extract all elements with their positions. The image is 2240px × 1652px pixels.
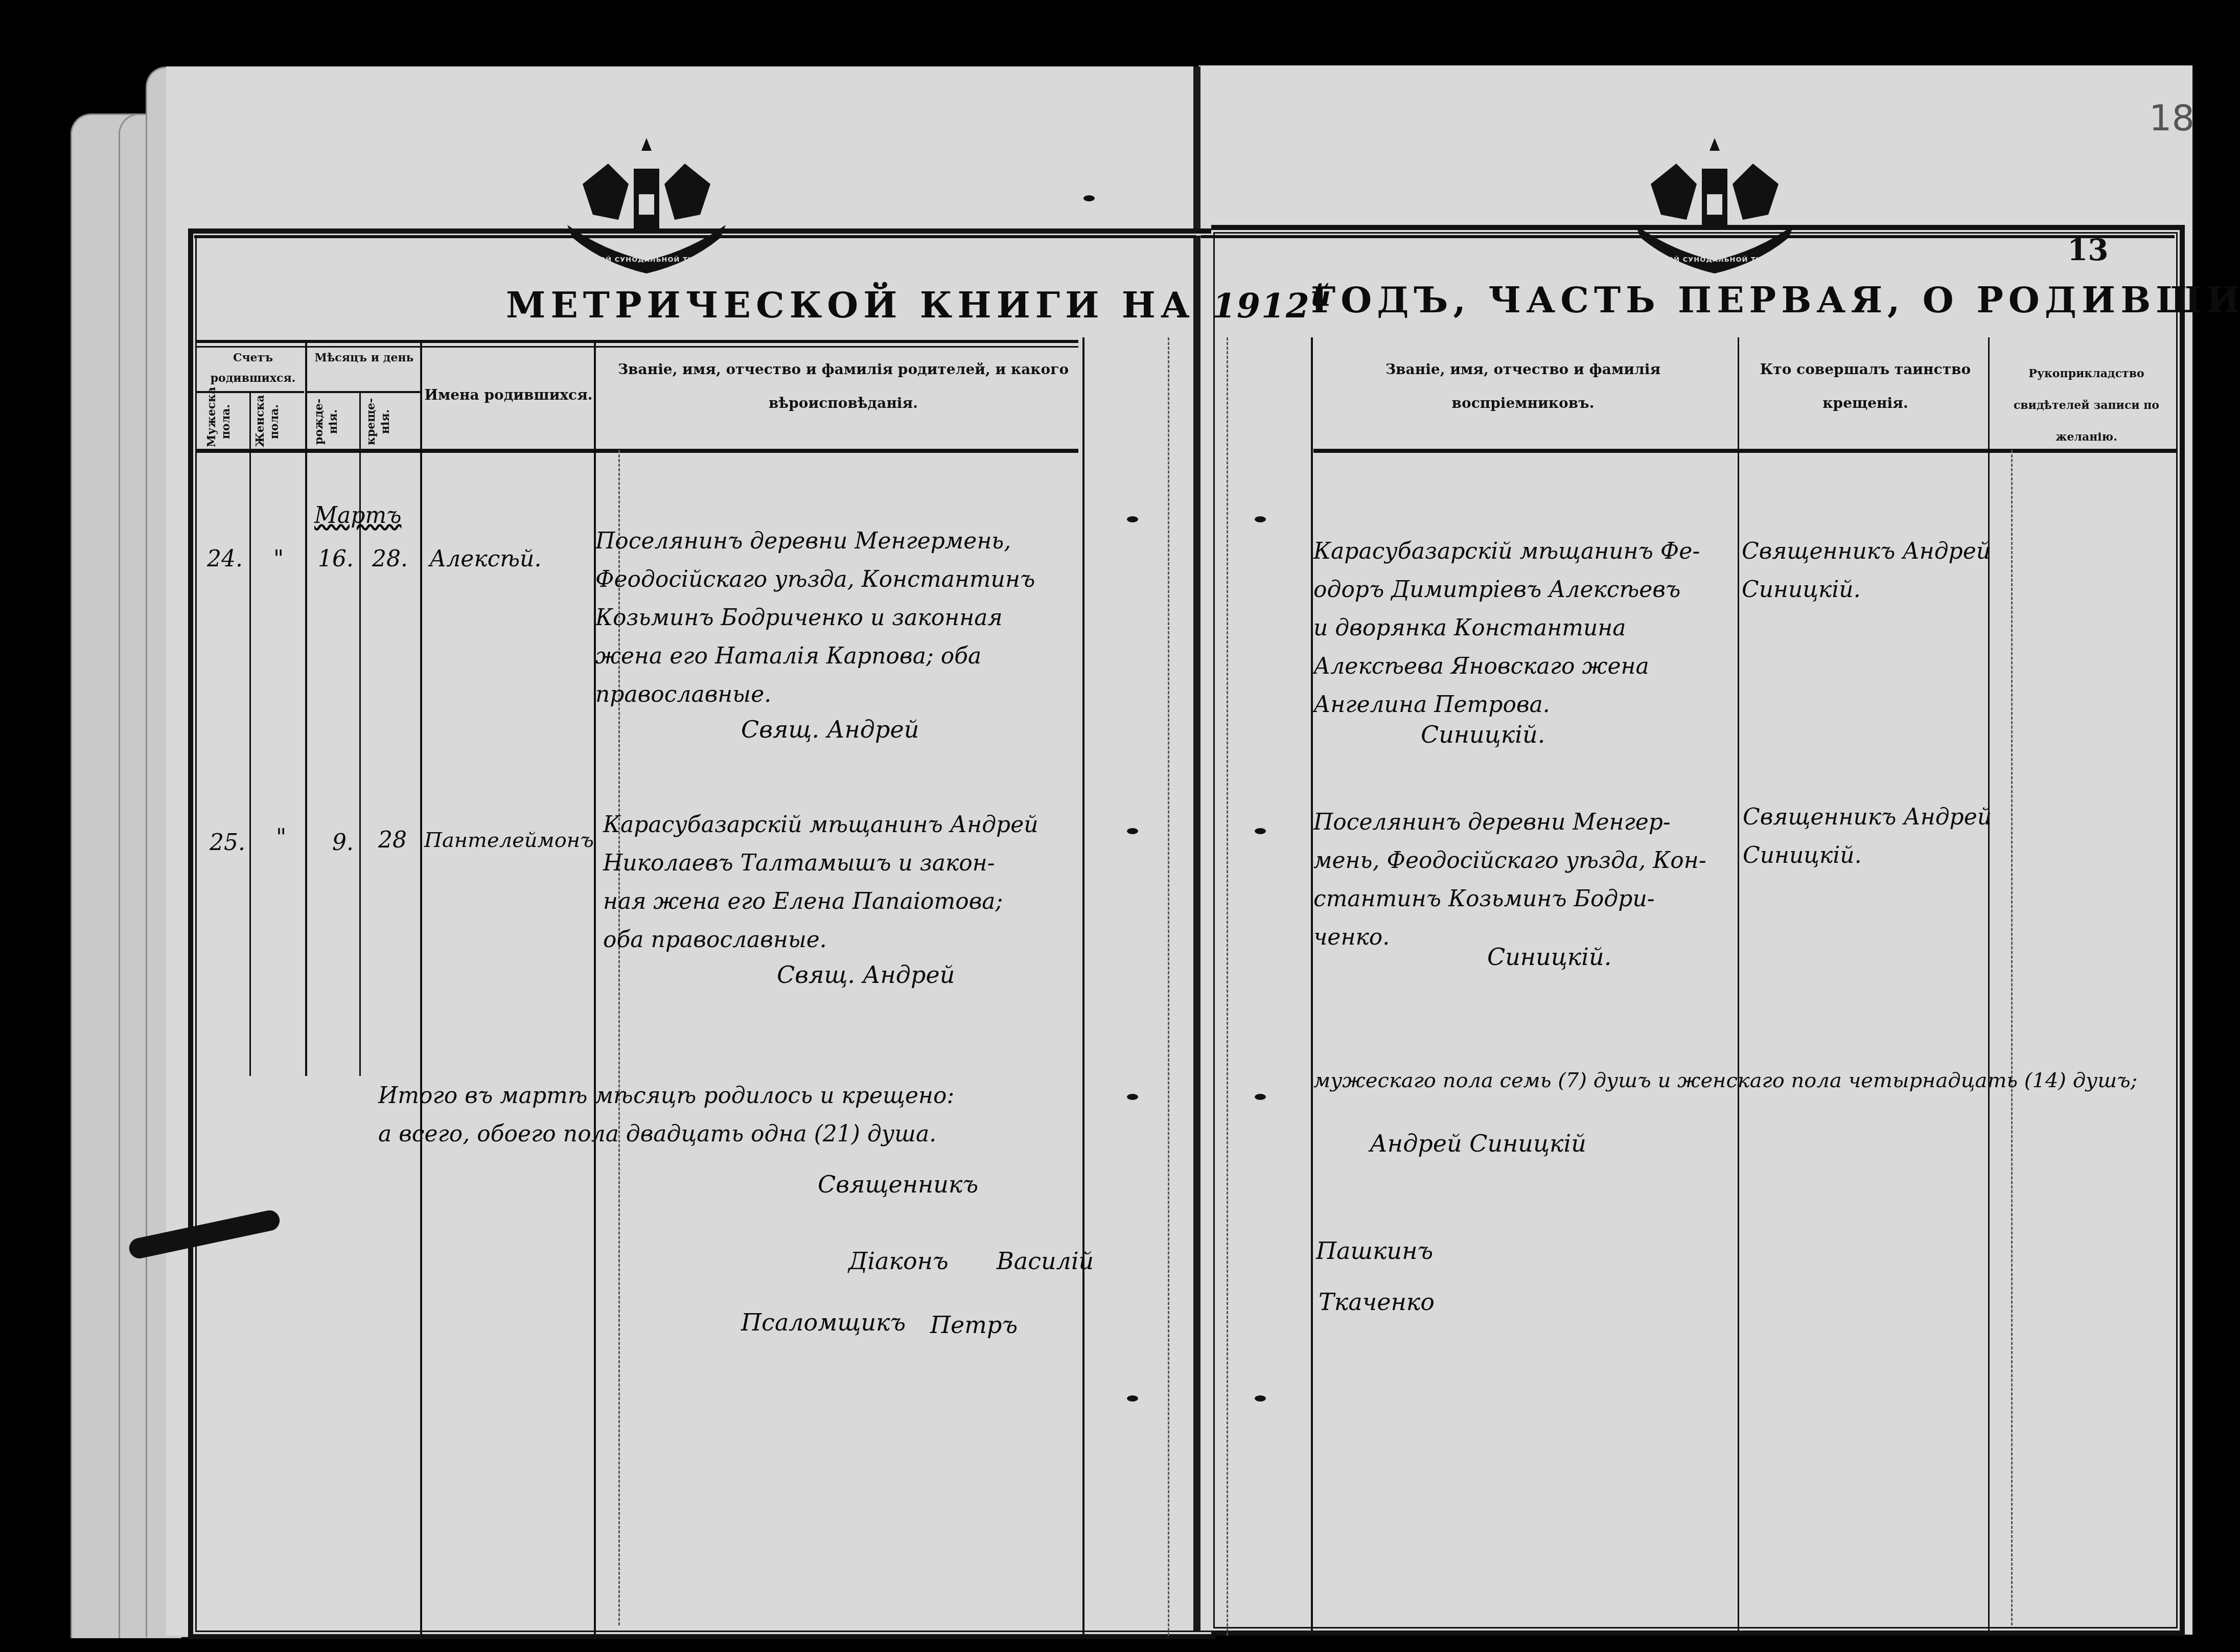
priest-name-signature: Андрей Синицкій [1370,1130,1586,1157]
col-line-1 [249,391,251,1076]
entry-parents-line: православные. [595,677,771,712]
header-count-male: Мужеска пола. [204,396,245,447]
entry-parents-line: ная жена его Елена Папаіотова; [603,884,1003,919]
entry-officiant-line: Синицкій. [1743,838,1862,873]
entry-female-no: " [276,820,286,855]
entry-godparents-line: Ангелина Петрова. [1313,687,1550,722]
top-rule-right [1201,235,2175,238]
svg-text:МОСКОВСКОЙ СУНОДАЛЬНОЙ ТИПОГРА: МОСКОВСКОЙ СУНОДАЛЬНОЙ ТИПОГРАФІИ. [1630,256,1799,264]
header-officiant: Кто совершалъ таинство крещенія. [1748,353,1983,420]
title-left: МЕТРИЧЕСКОЙ КНИГИ НА 1912й [506,279,1332,326]
entry-parents-line: оба православные. [603,923,827,957]
entry-baptism-day: 28. [372,542,408,577]
entry-female-no: " [273,542,284,577]
godparents-signature: Синицкій. [1487,943,1611,971]
psalmist-surname-signature: Ткаченко [1319,1288,1435,1316]
entry-parents-line: Козьминъ Бодриченко и законная [595,601,1003,635]
header-sub-rule-date [307,391,422,393]
entry-parents-line: Феодосійскаго уѣзда, Константинъ [595,562,1035,597]
entry-officiant-line: Синицкій. [1742,572,1861,607]
entry-godparents-line: одоръ Димитріевъ Алексѣевъ [1313,572,1680,607]
entry-male-no: 24. [207,542,243,577]
entry-parents-line: Николаевъ Талтамышъ и закон- [603,846,995,881]
entry-baptism-day: 28 [378,823,407,858]
entry-godparents-line: стантинъ Козьминъ Бодри- [1313,882,1655,916]
priest-title-signature: Священникъ [818,1171,978,1198]
header-count-group: Счетъ родившихся. [202,348,304,388]
header-bottom-rule-left [197,449,1078,453]
entry-godparents-line: мень, Феодосійскаго уѣзда, Кон- [1313,843,1706,878]
col-line-3 [359,391,361,1076]
title-right: ГОДЪ, ЧАСТЬ ПЕРВАЯ, О РОДИВШИХСЯ. [1311,279,2240,321]
deacon-name-signature: Василій [997,1247,1094,1275]
entry-godparents-line: Алексѣева Яновскаго жена [1313,649,1649,684]
priest-signature: Свящ. Андрей [777,961,955,989]
header-names: Имена родившихся. [424,378,593,412]
deacon-surname-signature: Пашкинъ [1316,1237,1433,1265]
col-line-9 [1988,337,1990,1636]
summary-right-line: мужескаго пола семь (7) душъ и женскаго … [1313,1063,2137,1098]
header-parents: Званіе, имя, отчество и фамилія родителе… [606,353,1081,420]
imperial-eagle-crest-right: МОСКОВСКОЙ СУНОДАЛЬНОЙ ТИПОГРАФІИ. [1630,128,1799,276]
entry-godparents-line: ченко. [1313,920,1390,955]
entry-godparents-line: и дворянка Константина [1313,611,1626,646]
entry-child-name: Пантелеймонъ [424,823,594,858]
deacon-title-signature: Діаконъ [848,1247,949,1275]
imperial-eagle-crest-left: МОСКОВСКОЙ СУНОДАЛЬНОЙ ТИПОГРАФІИ. [562,128,731,276]
binding-hole [1127,1094,1138,1100]
top-rule-left [194,235,1196,238]
header-witness: Рукоприкладство свидѣтелей записи по жел… [1993,358,2180,453]
header-date-group: Мѣсяцъ и день [309,348,419,368]
col-line-4 [420,340,422,1638]
header-date-birth: рожде-нія. [312,396,355,447]
summary-line-2: а всего, обоего пола двадцать одна (21) … [378,1117,936,1152]
header-godparents: Званіе, имя, отчество и фамилія воспріем… [1339,353,1707,420]
printed-page-number: 13 [2067,233,2109,267]
binding-hole [1127,1395,1138,1402]
binding-hole [1255,828,1266,834]
binding-hole [1255,1395,1266,1402]
godparents-signature: Синицкій. [1421,721,1545,748]
pencil-folio-number: 18 [2149,97,2195,139]
entry-godparents-line: Карасубазарскій мѣщанинъ Фе- [1313,534,1700,569]
col-line-7 [1311,337,1313,1636]
binding-hole [1083,195,1095,201]
entry-godparents-line: Поселянинъ деревни Менгер- [1313,805,1671,840]
binding-hole [1127,516,1138,522]
binding-hole [1255,516,1266,522]
summary-line-1: Итого въ мартѣ мѣсяцѣ родилось и крещено… [378,1079,954,1113]
entry-birth-day: 9. [332,825,354,860]
entry-month: Мартъ [314,498,402,533]
col-line-8 [1738,337,1739,1636]
entry-parents-line: Поселянинъ деревни Менгермень, [595,524,1011,559]
psalmist-name-signature: Петръ [930,1311,1018,1339]
col-line-2 [305,340,307,1076]
entry-parents-line: Карасубазарскій мѣщанинъ Андрей [603,808,1038,842]
entry-child-name: Алексѣй. [429,542,541,577]
col-dash-left-margin [1168,337,1169,1636]
header-count-female: Женска пола. [253,396,299,447]
entry-officiant-line: Священникъ Андрей [1743,800,1992,835]
entry-officiant-line: Священникъ Андрей [1742,534,1991,569]
entry-parents-line: жена его Наталія Карпова; оба [595,639,981,674]
psalmist-title-signature: Псаломщикъ [741,1309,906,1336]
binding-hole [1255,1094,1266,1100]
entry-birth-day: 16. [318,542,354,577]
binding-hole [1127,828,1138,834]
crest-ribbon-text: МОСКОВСКОЙ СУНОДАЛЬНОЙ ТИПОГРАФІИ. [562,256,731,264]
col-dash-right-margin [1227,337,1228,1636]
col-dash-right-inner [2011,450,2013,1625]
header-top-rule-left [197,340,1078,343]
col-line-6 [1082,337,1084,1636]
priest-signature: Свящ. Андрей [741,716,919,743]
header-date-baptism: креще-нія. [364,396,415,447]
entry-male-no: 25. [210,825,245,860]
